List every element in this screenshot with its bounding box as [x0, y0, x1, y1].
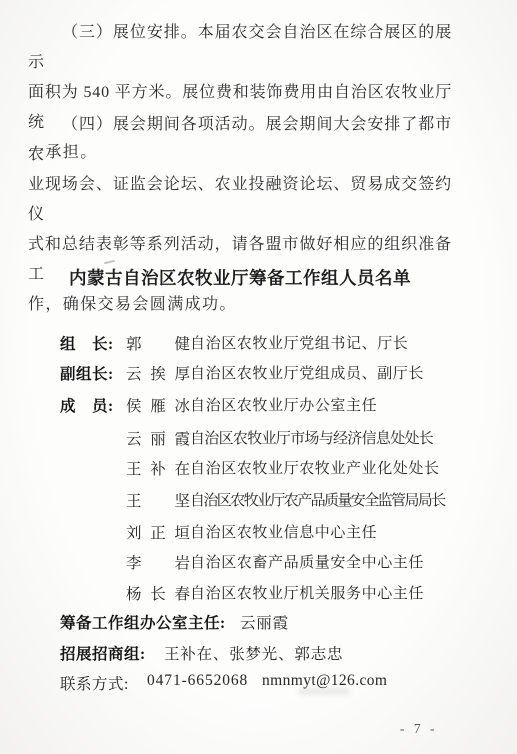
roster-row: 王坚 自治区农牧业厅农产品质量安全监管局局长: [0, 489, 517, 507]
roster-row: 刘正垣 自治区农牧业信息中心主任: [0, 521, 517, 539]
contact-label: 联系方式:: [60, 672, 129, 694]
member-name: 王补在: [126, 457, 190, 479]
roster-row: 成 员: 侯雁冰 自治区农牧业厅办公室主任: [0, 394, 517, 412]
member-name: 郭健: [126, 332, 190, 354]
recruiting-group-names: 王补在、张梦光、郭志忠: [164, 642, 343, 664]
member-name: 王坚: [126, 489, 190, 511]
member-title: 自治区农牧业厅市场与经济信息处处长: [190, 427, 433, 448]
page-number: - 7 -: [400, 721, 438, 737]
roster-row: 云丽霞 自治区农牧业厅市场与经济信息处处长: [0, 427, 517, 445]
role-label: 成 员:: [60, 394, 114, 416]
paragraph-line: （三）展位安排。本届农交会自治区在综合展区的展示: [28, 18, 452, 78]
roster-row: 组 长: 郭健 自治区农牧业厅党组书记、厅长: [0, 332, 517, 350]
member-title: 自治区农畜产品质量安全中心主任: [190, 551, 424, 572]
contact-email: nmnmyt@126.com: [262, 672, 387, 690]
member-name: 刘正垣: [126, 521, 190, 543]
role-label: 组 长:: [60, 332, 114, 354]
contact-phone: 0471-6652068: [147, 672, 248, 690]
member-title: 自治区农牧业信息中心主任: [190, 521, 377, 542]
roster-row: 李岩 自治区农畜产品质量安全中心主任: [0, 551, 517, 569]
member-title: 自治区农牧业厅党组成员、副厅长: [190, 362, 424, 383]
office-director-label: 筹备工作组办公室主任:: [60, 611, 226, 633]
member-title: 自治区农牧业厅党组书记、厅长: [190, 332, 408, 353]
roster-row: 王补在 自治区农牧业厅农牧业产业化处处长: [0, 457, 517, 475]
member-name: 云挨厚: [126, 362, 190, 384]
contact-line: 联系方式: 0471-6652068 nmnmyt@126.com: [0, 672, 517, 690]
section-title: 内蒙古自治区农牧业厅筹备工作组人员名单: [28, 265, 452, 290]
member-title: 自治区农牧业厅机关服务中心主任: [190, 582, 424, 603]
role-label: 副组长:: [60, 362, 114, 384]
office-director-name: 云丽霞: [240, 611, 289, 633]
member-name: 杨长春: [126, 582, 190, 604]
recruiting-group-label: 招展招商组:: [60, 642, 146, 664]
paragraph-line: （四）展会期间各项活动。展会期间大会安排了都市农: [28, 110, 452, 170]
member-name: 云丽霞: [126, 427, 190, 449]
roster-row: 杨长春 自治区农牧业厅机关服务中心主任: [0, 582, 517, 600]
member-title: 自治区农牧业厅农产品质量安全监管局局长: [190, 489, 445, 510]
member-title: 自治区农牧业厅办公室主任: [190, 394, 377, 415]
document-page: （三）展位安排。本届农交会自治区在综合展区的展示 面积为 540 平方米。展位费…: [0, 0, 517, 754]
paragraph-line: 业现场会、证监会论坛、农业投融资论坛、贸易成交签约仪: [28, 170, 452, 230]
recruiting-group-line: 招展招商组: 王补在、张梦光、郭志忠: [0, 642, 517, 660]
roster-row: 副组长: 云挨厚 自治区农牧业厅党组成员、副厅长: [0, 362, 517, 380]
paragraph-line: 作，确保交易会圆满成功。: [28, 290, 452, 320]
office-director-line: 筹备工作组办公室主任: 云丽霞: [0, 611, 517, 629]
member-name: 李岩: [126, 551, 190, 573]
member-name: 侯雁冰: [126, 394, 190, 416]
member-title: 自治区农牧业厅农牧业产业化处处长: [190, 457, 440, 478]
